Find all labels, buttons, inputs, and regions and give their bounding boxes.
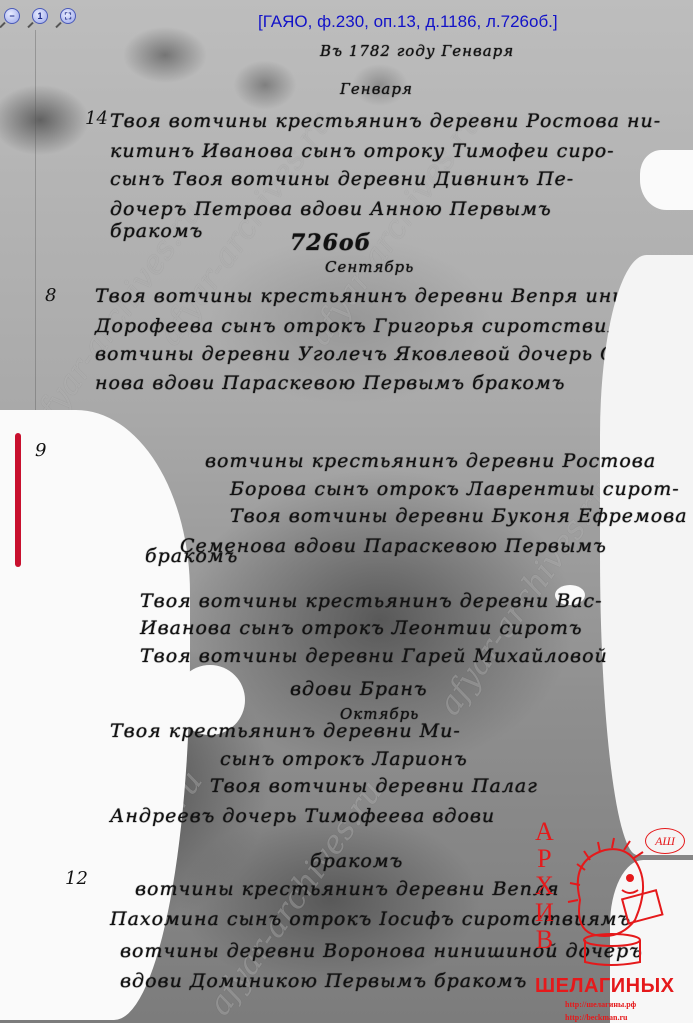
bookmark-marker[interactable]: [15, 433, 21, 567]
stamp-vertical-text: А Р Х И В: [535, 818, 554, 953]
stamp-letter: Р: [537, 845, 551, 872]
entry-number: 14: [85, 108, 108, 129]
entry-line: вдови Доминикою Первымъ бракомъ: [120, 970, 527, 992]
entry-line: Твоя вотчины деревни Буконя Ефремова: [230, 505, 688, 527]
entry-line: Твоя крестьянинъ деревни Ми-: [110, 720, 461, 742]
entry-line: бракомъ: [310, 850, 403, 872]
entry-number: 12: [65, 868, 88, 889]
entry-line: Семенова вдови Параскевою Первымъ: [180, 535, 607, 557]
archive-reference-title: [ГАЯО, ф.230, оп.13, д.1186, л.726об.]: [258, 12, 558, 32]
viewer-toolbar: − 1 ⛶: [4, 8, 76, 24]
entry-line: Иванова сынъ отрокъ Леонтии сиротъ: [140, 617, 583, 639]
entry-line: сынъ Твоя вотчины деревни Дивнинъ Пе-: [110, 168, 574, 190]
stamp-url-link[interactable]: http://beckman.ru: [565, 1013, 627, 1022]
stamp-url-link[interactable]: http://шелагины.рф: [565, 1000, 636, 1009]
entry-line: Твоя вотчины деревни Палаг: [210, 775, 538, 797]
entry-line: вотчины крестьянинъ деревни Вепля: [135, 878, 560, 900]
entry-line: вотчины крестьянинъ деревни Ростова: [205, 450, 656, 472]
entry-line: бракомъ: [145, 545, 238, 567]
entry-line: бракомъ: [110, 220, 203, 242]
actual-size-button[interactable]: 1: [32, 8, 48, 24]
entry-line: вотчины деревни Уголечъ Яковлевой дочерь…: [95, 343, 668, 365]
one-to-one-magnifier-icon: 1: [37, 11, 42, 21]
zoom-out-button[interactable]: −: [4, 8, 20, 24]
entry-number: 8: [45, 285, 56, 306]
document-viewer[interactable]: afyar-archives.ru afyar-archives.ru afya…: [0, 0, 693, 1023]
entry-line: Твоя вотчины крестьянинъ деревни Вепря и…: [95, 285, 633, 307]
stamp-letter: А: [535, 818, 554, 845]
entry-line: Борова сынъ отрокъ Лаврентиы сирот-: [230, 478, 680, 500]
hedgehog-reading-icon: [560, 830, 670, 970]
entry-line: Дорофеева сынъ отрокъ Григорья сиротстви…: [95, 315, 693, 337]
entry-number: 9: [35, 440, 46, 461]
entry-line: Твоя вотчины деревни Гарей Михайловой: [140, 645, 608, 667]
stamp-letter: И: [535, 899, 554, 926]
month-heading: Сентябрь: [325, 258, 414, 276]
entry-line: сынъ отрокъ Ларионъ: [220, 748, 468, 770]
paper-damage: [600, 255, 693, 855]
entry-line: Андреевъ дочерь Тимофеева вдови: [110, 805, 495, 827]
folio-number: 726об: [290, 230, 371, 256]
entry-line: Твоя вотчины крестьянинъ деревни Вас-: [140, 590, 603, 612]
entry-line: китинъ Иванова сынъ отроку Тимофеи сиро-: [110, 140, 615, 162]
entry-line: нова вдови Параскевою Первымъ бракомъ: [95, 372, 565, 394]
fit-frame-magnifier-icon: ⛶: [65, 11, 71, 22]
fit-to-window-button[interactable]: ⛶: [60, 8, 76, 24]
entry-line: вдови Бранъ: [290, 678, 428, 700]
entry-line: дочеръ Петрова вдови Анною Первымъ: [110, 198, 552, 220]
stamp-letter: В: [536, 926, 553, 953]
stamp-letter: Х: [535, 872, 554, 899]
month-heading: Генваря: [340, 80, 413, 98]
document-header: Въ 1782 году Генваря: [320, 42, 514, 60]
stamp-name: ШЕЛАГИНЫХ: [535, 975, 675, 998]
minus-magnifier-icon: −: [9, 11, 14, 21]
paper-damage: [640, 150, 693, 210]
entry-line: Твоя вотчины крестьянинъ деревни Ростова…: [110, 110, 661, 132]
archive-stamp: А Р Х И В АШ ШЕЛАГИНЫХ http://шелагины.р…: [525, 810, 693, 1023]
